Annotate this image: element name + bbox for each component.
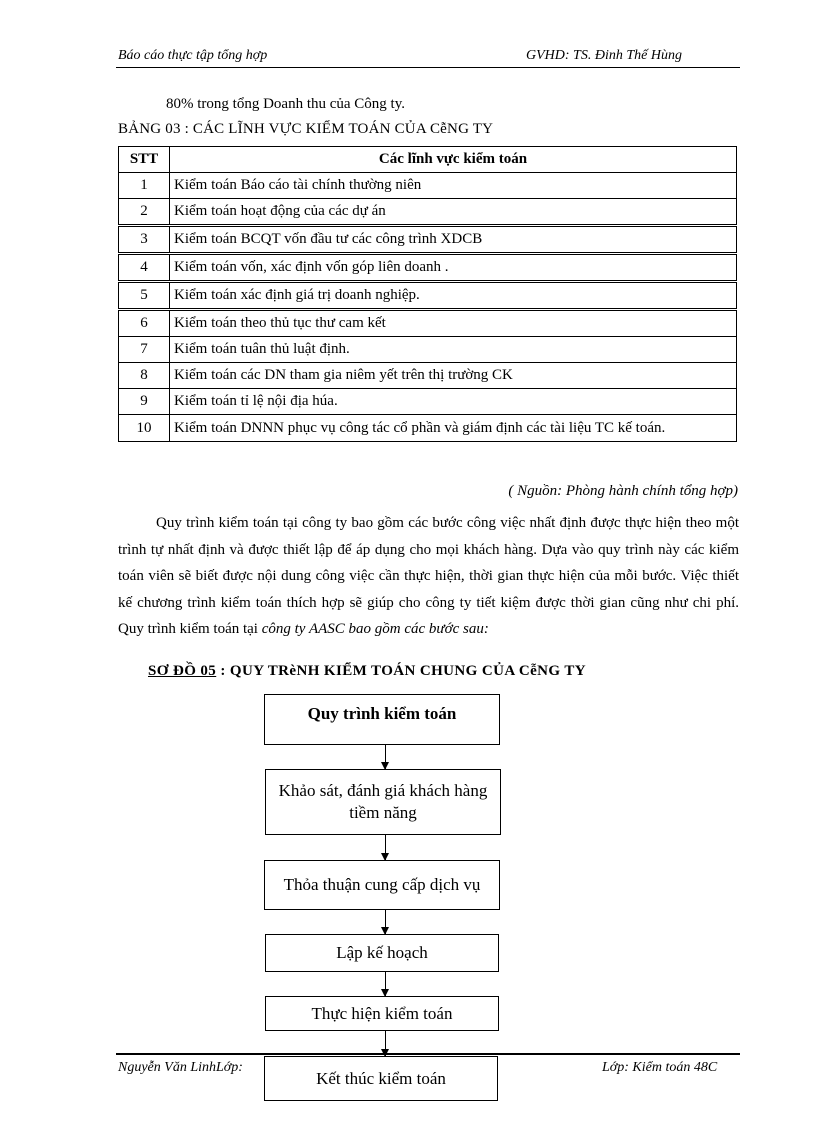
row-stt: 9 — [119, 389, 170, 415]
row-stt: 5 — [119, 282, 170, 310]
table-row: 6Kiểm toán theo thủ tục thư cam kết — [119, 310, 737, 337]
row-stt: 1 — [119, 173, 170, 199]
header-report-title: Báo cáo thực tập tổng hợp — [118, 48, 267, 64]
row-audit-field: Kiểm toán hoạt động của các dự án — [170, 199, 737, 226]
table-row: 3Kiểm toán BCQT vốn đầu tư các công trìn… — [119, 226, 737, 254]
row-stt: 3 — [119, 226, 170, 254]
table-row: 8Kiểm toán các DN tham gia niêm yết trên… — [119, 363, 737, 389]
flow-arrow — [385, 972, 386, 996]
row-stt: 7 — [119, 337, 170, 363]
body-paragraph: Quy trình kiểm toán tại công ty bao gồm … — [118, 510, 739, 643]
table-title: BẢNG 03 : CÁC LĨNH VỰC KIỂM TOÁN CỦA CễN… — [118, 121, 493, 138]
paragraph-text: Quy trình kiểm toán tại công ty bao gồm … — [118, 515, 739, 637]
table-row: 5Kiểm toán xác định giá trị doanh nghiệp… — [119, 282, 737, 310]
row-stt: 4 — [119, 254, 170, 282]
row-audit-field: Kiểm toán BCQT vốn đầu tư các công trình… — [170, 226, 737, 254]
flow-step-audit-process: Quy trình kiểm toán — [264, 694, 500, 745]
table-row: 4Kiểm toán vốn, xác định vốn góp liên do… — [119, 254, 737, 282]
table-row: 9Kiểm toán tỉ lệ nội địa húa. — [119, 389, 737, 415]
column-header-field: Các lĩnh vực kiểm toán — [170, 147, 737, 173]
flow-step-survey: Khảo sát, đánh giá khách hàng tiềm năng — [265, 769, 501, 835]
row-audit-field: Kiểm toán DNNN phục vụ công tác cổ phần … — [170, 415, 737, 442]
intro-line: 80% trong tổng Doanh thu của Công ty. — [166, 96, 405, 113]
diagram-title-text: : QUY TRèNH KIỂM TOÁN CHUNG CỦA CễNG TY — [216, 663, 586, 679]
flow-arrow — [385, 910, 386, 934]
flow-step-execution: Thực hiện kiểm toán — [265, 996, 499, 1031]
row-audit-field: Kiểm toán các DN tham gia niêm yết trên … — [170, 363, 737, 389]
table-row: 2Kiểm toán hoạt động của các dự án — [119, 199, 737, 226]
paragraph-italic-tail: công ty AASC bao gồm các bước sau: — [262, 621, 489, 637]
row-stt: 10 — [119, 415, 170, 442]
table-row: 7Kiểm toán tuân thủ luật định. — [119, 337, 737, 363]
row-audit-field: Kiểm toán xác định giá trị doanh nghiệp. — [170, 282, 737, 310]
header-supervisor: GVHD: TS. Đinh Thế Hùng — [526, 48, 682, 64]
row-audit-field: Kiểm toán theo thủ tục thư cam kết — [170, 310, 737, 337]
column-header-stt: STT — [119, 147, 170, 173]
audit-fields-table: STT Các lĩnh vực kiểm toán 1Kiểm toán Bá… — [118, 146, 737, 442]
flow-step-conclusion: Kết thúc kiểm toán — [264, 1056, 498, 1101]
row-audit-field: Kiểm toán Báo cáo tài chính thường niên — [170, 173, 737, 199]
row-audit-field: Kiểm toán tuân thủ luật định. — [170, 337, 737, 363]
row-stt: 2 — [119, 199, 170, 226]
row-stt: 6 — [119, 310, 170, 337]
table-header-row: STT Các lĩnh vực kiểm toán — [119, 147, 737, 173]
diagram-title: SƠ ĐỒ 05 : QUY TRèNH KIỂM TOÁN CHUNG CỦA… — [148, 663, 586, 680]
row-audit-field: Kiểm toán tỉ lệ nội địa húa. — [170, 389, 737, 415]
diagram-label: SƠ ĐỒ 05 — [148, 663, 216, 679]
flow-arrow — [385, 835, 386, 860]
row-stt: 8 — [119, 363, 170, 389]
footer-divider — [116, 1053, 740, 1055]
table-row: 10Kiểm toán DNNN phục vụ công tác cổ phầ… — [119, 415, 737, 442]
flow-step-planning: Lập kế hoạch — [265, 934, 499, 972]
header-divider — [116, 67, 740, 68]
table-source: ( Nguồn: Phòng hành chính tổng hợp) — [508, 483, 738, 500]
row-audit-field: Kiểm toán vốn, xác định vốn góp liên doa… — [170, 254, 737, 282]
flow-step-agreement: Thỏa thuận cung cấp dịch vụ — [264, 860, 500, 910]
footer-class: Lớp: Kiểm toán 48C — [602, 1060, 717, 1076]
flow-arrow — [385, 745, 386, 769]
table-row: 1Kiểm toán Báo cáo tài chính thường niên — [119, 173, 737, 199]
footer-author: Nguyễn Văn LinhLớp: — [118, 1060, 243, 1076]
